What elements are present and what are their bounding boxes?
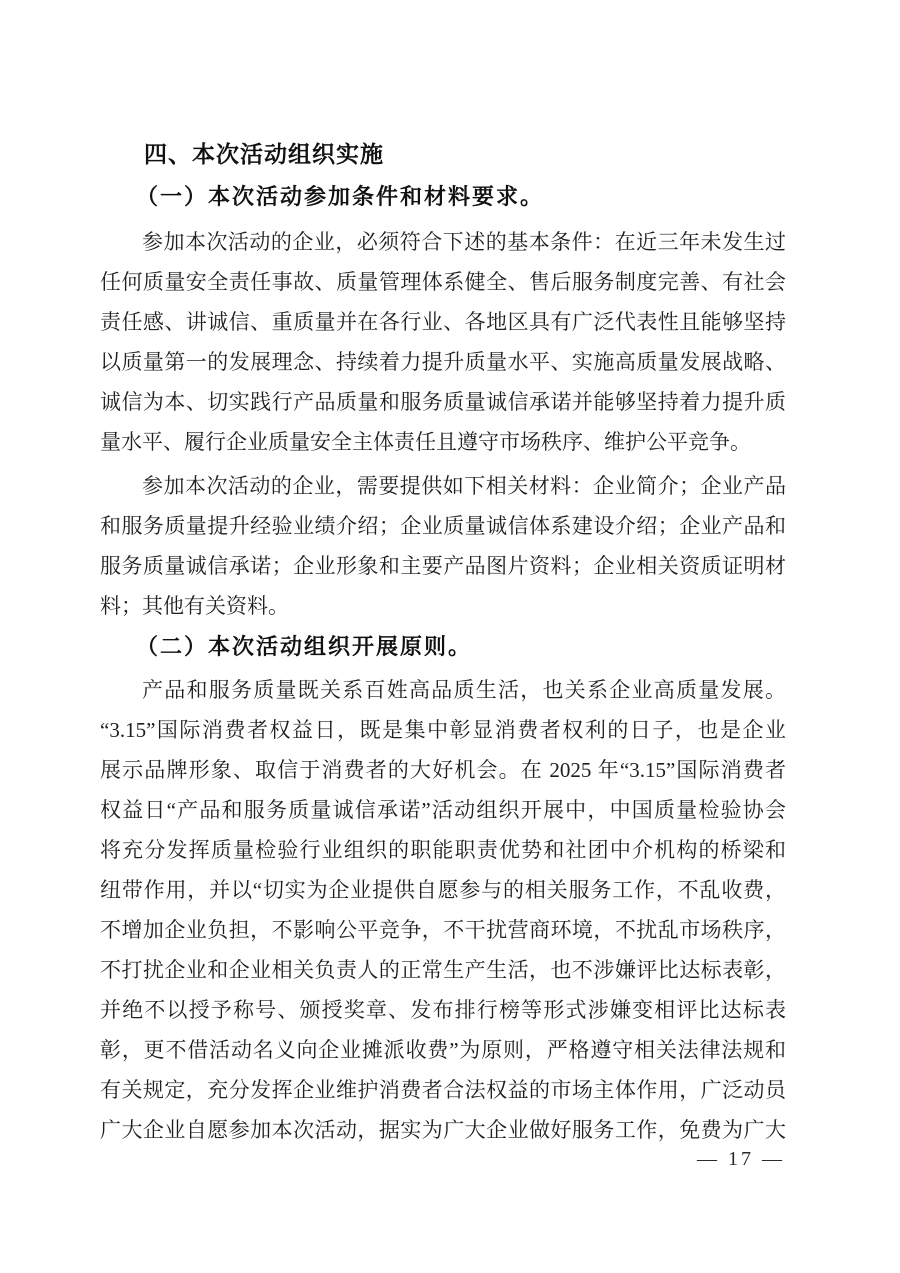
document-page: 四、本次活动组织实施 （一）本次活动参加条件和材料要求。 参加本次活动的企业，必… — [0, 0, 900, 1273]
section-heading: 四、本次活动组织实施 — [100, 140, 786, 168]
text-line: 有关规定，充分发挥企业维护消费者合法权益的市场主体作用，广泛动员 — [100, 1070, 786, 1110]
text-line: 并绝不以授予称号、颁授奖章、发布排行榜等形式涉嫌变相评比达标表 — [100, 990, 786, 1030]
document-content: 四、本次活动组织实施 （一）本次活动参加条件和材料要求。 参加本次活动的企业，必… — [100, 140, 786, 1150]
subsection-heading-2: （二）本次活动组织开展原则。 — [100, 632, 786, 662]
text-line: 纽带作用，并以“切实为企业提供自愿参与的相关服务工作，不乱收费， — [100, 870, 786, 910]
text-line: 服务质量诚信承诺；企业形象和主要产品图片资料；企业相关资质证明材 — [100, 546, 786, 586]
subsection-heading-1: （一）本次活动参加条件和材料要求。 — [100, 182, 786, 212]
text-line: 参加本次活动的企业，需要提供如下相关材料：企业简介；企业产品 — [100, 466, 786, 506]
text-line: 权益日“产品和服务质量诚信承诺”活动组织开展中，中国质量检验协会 — [100, 790, 786, 830]
text-line: 以质量第一的发展理念、持续着力提升质量水平、实施高质量发展战略、 — [100, 342, 786, 382]
text-line: 参加本次活动的企业，必须符合下述的基本条件：在近三年未发生过 — [100, 222, 786, 262]
text-line: 任何质量安全责任事故、质量管理体系健全、售后服务制度完善、有社会 — [100, 262, 786, 302]
text-line: 料；其他有关资料。 — [100, 586, 786, 626]
text-line: 不增加企业负担，不影响公平竞争，不干扰营商环境，不扰乱市场秩序， — [100, 910, 786, 950]
text-line: 展示品牌形象、取信于消费者的大好机会。在 2025 年“3.15”国际消费者 — [100, 750, 786, 790]
paragraph-1: 参加本次活动的企业，必须符合下述的基本条件：在近三年未发生过 任何质量安全责任事… — [100, 222, 786, 462]
paragraph-2: 参加本次活动的企业，需要提供如下相关材料：企业简介；企业产品 和服务质量提升经验… — [100, 466, 786, 626]
text-line: 产品和服务质量既关系百姓高品质生活，也关系企业高质量发展。 — [100, 670, 786, 710]
text-line: “3.15”国际消费者权益日，既是集中彰显消费者权利的日子，也是企业 — [100, 710, 786, 750]
text-line: 诚信为本、切实践行产品质量和服务质量诚信承诺并能够坚持着力提升质 — [100, 382, 786, 422]
paragraph-3: 产品和服务质量既关系百姓高品质生活，也关系企业高质量发展。 “3.15”国际消费… — [100, 670, 786, 1150]
text-line: 广大企业自愿参加本次活动，据实为广大企业做好服务工作，免费为广大 — [100, 1110, 786, 1150]
text-line: 彰，更不借活动名义向企业摊派收费”为原则，严格遵守相关法律法规和 — [100, 1030, 786, 1070]
text-line: 责任感、讲诚信、重质量并在各行业、各地区具有广泛代表性且能够坚持 — [100, 302, 786, 342]
text-line: 量水平、履行企业质量安全主体责任且遵守市场秩序、维护公平竞争。 — [100, 422, 786, 462]
page-number: — 17 — — [697, 1146, 785, 1172]
text-line: 将充分发挥质量检验行业组织的职能职责优势和社团中介机构的桥梁和 — [100, 830, 786, 870]
text-line: 和服务质量提升经验业绩介绍；企业质量诚信体系建设介绍；企业产品和 — [100, 506, 786, 546]
text-line: 不打扰企业和企业相关负责人的正常生产生活，也不涉嫌评比达标表彰， — [100, 950, 786, 990]
